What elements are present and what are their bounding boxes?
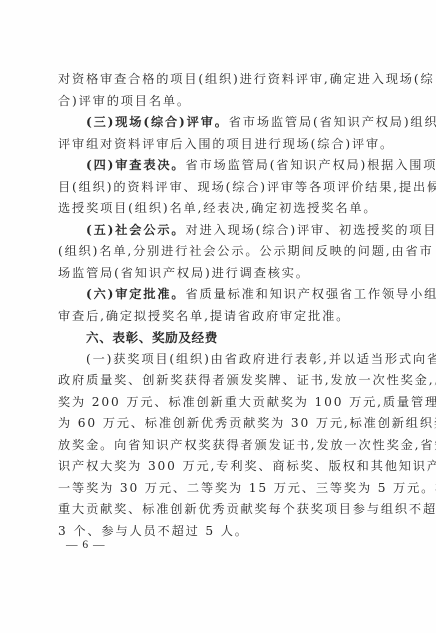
line-text: 对资格审查合格的项目(组织)进行资料评审,确定进入现场(综	[58, 72, 434, 86]
paragraph-line: 重大贡献奖、标准创新优秀贡献奖每个获奖项目参与组织不超过	[58, 499, 380, 521]
paragraph-line: (组织)名单,分别进行社会公示。公示期间反映的问题,由省市	[58, 241, 380, 263]
paragraph-line-awards: (一)获奖项目(组织)由省政府进行表彰,并以适当形式向省	[58, 349, 380, 371]
line-text: 为 60 万元、标准创新优秀贡献奖为 30 万元,标准创新组织奖不发	[58, 416, 436, 430]
paragraph-line: 审查后,确定拟授奖名单,提请省政府审定批准。	[58, 306, 380, 328]
paragraph-line: 识产权大奖为 300 万元,专利奖、商标奖、版权和其他知识产权奖	[58, 456, 380, 478]
line-text: (组织)名单,分别进行社会公示。公示期间反映的问题,由省市	[58, 244, 434, 258]
paragraph-line: 场监管局(省知识产权局)进行调查核实。	[58, 263, 380, 285]
paragraph-line-approval: (六)审定批准。省质量标准和知识产权强省工作领导小组	[58, 284, 380, 306]
paragraph-line: 评审组对资料评审后入围的项目进行现场(综合)评审。	[58, 134, 380, 156]
paragraph-lead: (六)审定批准。	[86, 287, 185, 301]
paragraph-line: 目(组织)的资料评审、现场(综合)评审等各项评价结果,提出候	[58, 177, 380, 199]
line-text: 对进入现场(综合)评审、初选授奖的项目	[185, 223, 436, 237]
line-text: 重大贡献奖、标准创新优秀贡献奖每个获奖项目参与组织不超过	[58, 502, 436, 516]
line-text: 政府质量奖、创新奖获得者颁发奖牌、证书,发放一次性奖金,质量	[58, 373, 436, 387]
line-text: 3 个、参与人员不超过 5 人。	[58, 524, 249, 538]
line-text: 评审组对资料评审后入围的项目进行现场(综合)评审。	[58, 137, 394, 151]
paragraph-line: 放奖金。向省知识产权奖获得者颁发证书,发放一次性奖金,省知	[58, 435, 380, 457]
line-text: 放奖金。向省知识产权奖获得者颁发证书,发放一次性奖金,省知	[58, 438, 436, 452]
paragraph-line: 政府质量奖、创新奖获得者颁发奖牌、证书,发放一次性奖金,质量	[58, 370, 380, 392]
line-text: 场监管局(省知识产权局)进行调查核实。	[58, 266, 310, 280]
paragraph-line-review-vote: (四)审查表决。省市场监管局(省知识产权局)根据入围项	[58, 155, 380, 177]
paragraph-line-public-notice: (五)社会公示。对进入现场(综合)评审、初选授奖的项目	[58, 220, 380, 242]
line-text: 一等奖为 30 万元、二等奖为 15 万元、三等奖为 5 万元。标准创新	[58, 481, 436, 495]
line-text: 识产权大奖为 300 万元,专利奖、商标奖、版权和其他知识产权奖	[58, 459, 436, 473]
paragraph-line: 奖为 200 万元、标准创新重大贡献奖为 100 万元,质量管理创新奖	[58, 392, 380, 414]
paragraph-lead: (五)社会公示。	[86, 223, 185, 237]
line-text: 目(组织)的资料评审、现场(综合)评审等各项评价结果,提出候	[58, 180, 436, 194]
paragraph-lead: (四)审查表决。	[86, 158, 185, 172]
line-text: 省质量标准和知识产权强省工作领导小组	[185, 287, 436, 301]
section-heading: 六、表彰、奖励及经费	[58, 327, 380, 349]
document-page: 对资格审查合格的项目(组织)进行资料评审,确定进入现场(综 合)评审的项目名单。…	[0, 0, 436, 633]
line-text: 省市场监管局(省知识产权局)组织	[229, 115, 436, 129]
line-text: 审查后,确定拟授奖名单,提请省政府审定批准。	[58, 309, 350, 323]
paragraph-line: 选授奖项目(组织)名单,经表决,确定初选授奖名单。	[58, 198, 380, 220]
page-number: — 6 —	[66, 539, 106, 551]
line-text: 奖为 200 万元、标准创新重大贡献奖为 100 万元,质量管理创新奖	[58, 395, 436, 409]
line-text: 选授奖项目(组织)名单,经表决,确定初选授奖名单。	[58, 201, 377, 215]
paragraph-line-site-review: (三)现场(综合)评审。省市场监管局(省知识产权局)组织	[58, 112, 380, 134]
paragraph-line: 一等奖为 30 万元、二等奖为 15 万元、三等奖为 5 万元。标准创新	[58, 478, 380, 500]
line-text: 省市场监管局(省知识产权局)根据入围项	[185, 158, 436, 172]
paragraph-lead: (三)现场(综合)评审。	[86, 115, 229, 129]
document-body: 对资格审查合格的项目(组织)进行资料评审,确定进入现场(综 合)评审的项目名单。…	[58, 69, 380, 542]
line-text: (一)获奖项目(组织)由省政府进行表彰,并以适当形式向省	[86, 352, 436, 366]
paragraph-line: 合)评审的项目名单。	[58, 91, 380, 113]
paragraph-line: 3 个、参与人员不超过 5 人。	[58, 521, 380, 543]
line-text: 合)评审的项目名单。	[58, 94, 191, 108]
paragraph-line: 对资格审查合格的项目(组织)进行资料评审,确定进入现场(综	[58, 69, 380, 91]
paragraph-line: 为 60 万元、标准创新优秀贡献奖为 30 万元,标准创新组织奖不发	[58, 413, 380, 435]
